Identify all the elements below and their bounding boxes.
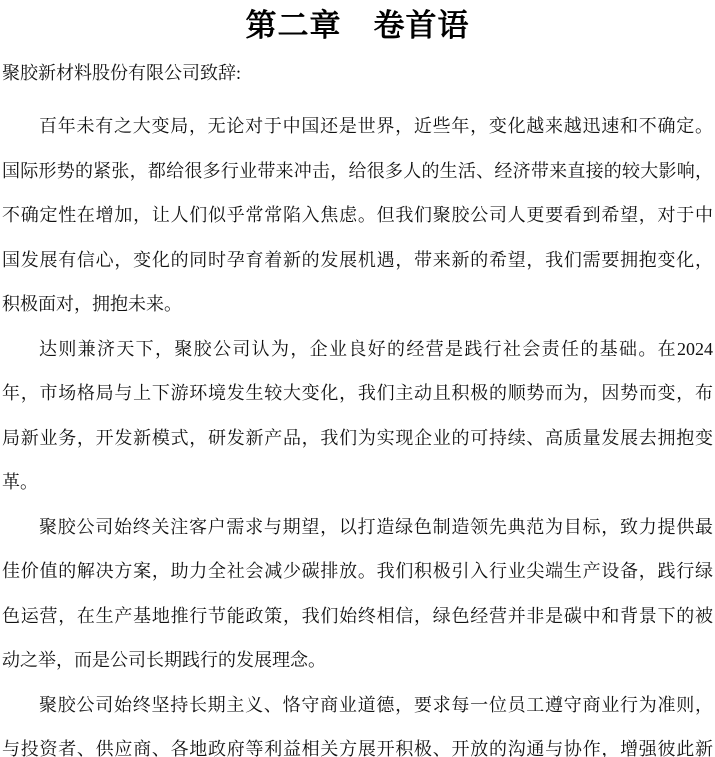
document-body: 百年未有之大变局，无论对于中国还是世界，近些年，变化越来越迅速和不确定。 国际形… [0,113,715,757]
paragraph-line: 积极面对，拥抱未来。 [2,291,713,317]
paragraph-line: 聚胶公司始终坚持长期主义、恪守商业道德，要求每一位员工遵守商业行为准则， [2,692,713,718]
paragraph-3: 聚胶公司始终关注客户需求与期望，以打造绿色制造领先典范为目标，致力提供最 佳价值… [2,514,713,674]
paragraph-line: 与投资者、供应商、各地政府等利益相关方展开积极、开放的沟通与协作，增强彼此新 [2,736,713,757]
paragraph-line: 年，市场格局与上下游环境发生较大变化，我们主动且积极的顺势而为，因势而变，布 [2,380,713,406]
paragraph-2: 达则兼济天下，聚胶公司认为，企业良好的经营是践行社会责任的基础。在2024 年，… [2,336,713,496]
paragraph-line: 佳价值的解决方案，助力全社会减少碳排放。我们积极引入行业尖端生产设备，践行绿 [2,558,713,584]
paragraph-line: 国际形势的紧张，都给很多行业带来冲击，给很多人的生活、经济带来直接的较大影响， [2,158,713,184]
paragraph-4: 聚胶公司始终坚持长期主义、恪守商业道德，要求每一位员工遵守商业行为准则， 与投资… [2,692,713,757]
paragraph-line: 革。 [2,469,713,495]
paragraph-1: 百年未有之大变局，无论对于中国还是世界，近些年，变化越来越迅速和不确定。 国际形… [2,113,713,317]
salutation-line: 聚胶新材料股份有限公司致辞: [0,61,715,85]
paragraph-line: 局新业务，开发新模式，研发新产品，我们为实现企业的可持续、高质量发展去拥抱变 [2,425,713,451]
chapter-title: 第二章 卷首语 [0,5,715,47]
document-page: 第二章 卷首语 聚胶新材料股份有限公司致辞: 百年未有之大变局，无论对于中国还是… [0,5,715,757]
paragraph-line: 百年未有之大变局，无论对于中国还是世界，近些年，变化越来越迅速和不确定。 [2,113,713,139]
paragraph-line: 动之举，而是公司长期践行的发展理念。 [2,647,713,673]
paragraph-line: 聚胶公司始终关注客户需求与期望，以打造绿色制造领先典范为目标，致力提供最 [2,514,713,540]
paragraph-line: 不确定性在增加，让人们似乎常常陷入焦虑。但我们聚胶公司人更要看到希望，对于中 [2,202,713,228]
paragraph-line: 达则兼济天下，聚胶公司认为，企业良好的经营是践行社会责任的基础。在2024 [2,336,713,362]
paragraph-line: 色运营，在生产基地推行节能政策，我们始终相信，绿色经营并非是碳中和背景下的被 [2,603,713,629]
paragraph-line: 国发展有信心，变化的同时孕育着新的发展机遇，带来新的希望，我们需要拥抱变化， [2,247,713,273]
